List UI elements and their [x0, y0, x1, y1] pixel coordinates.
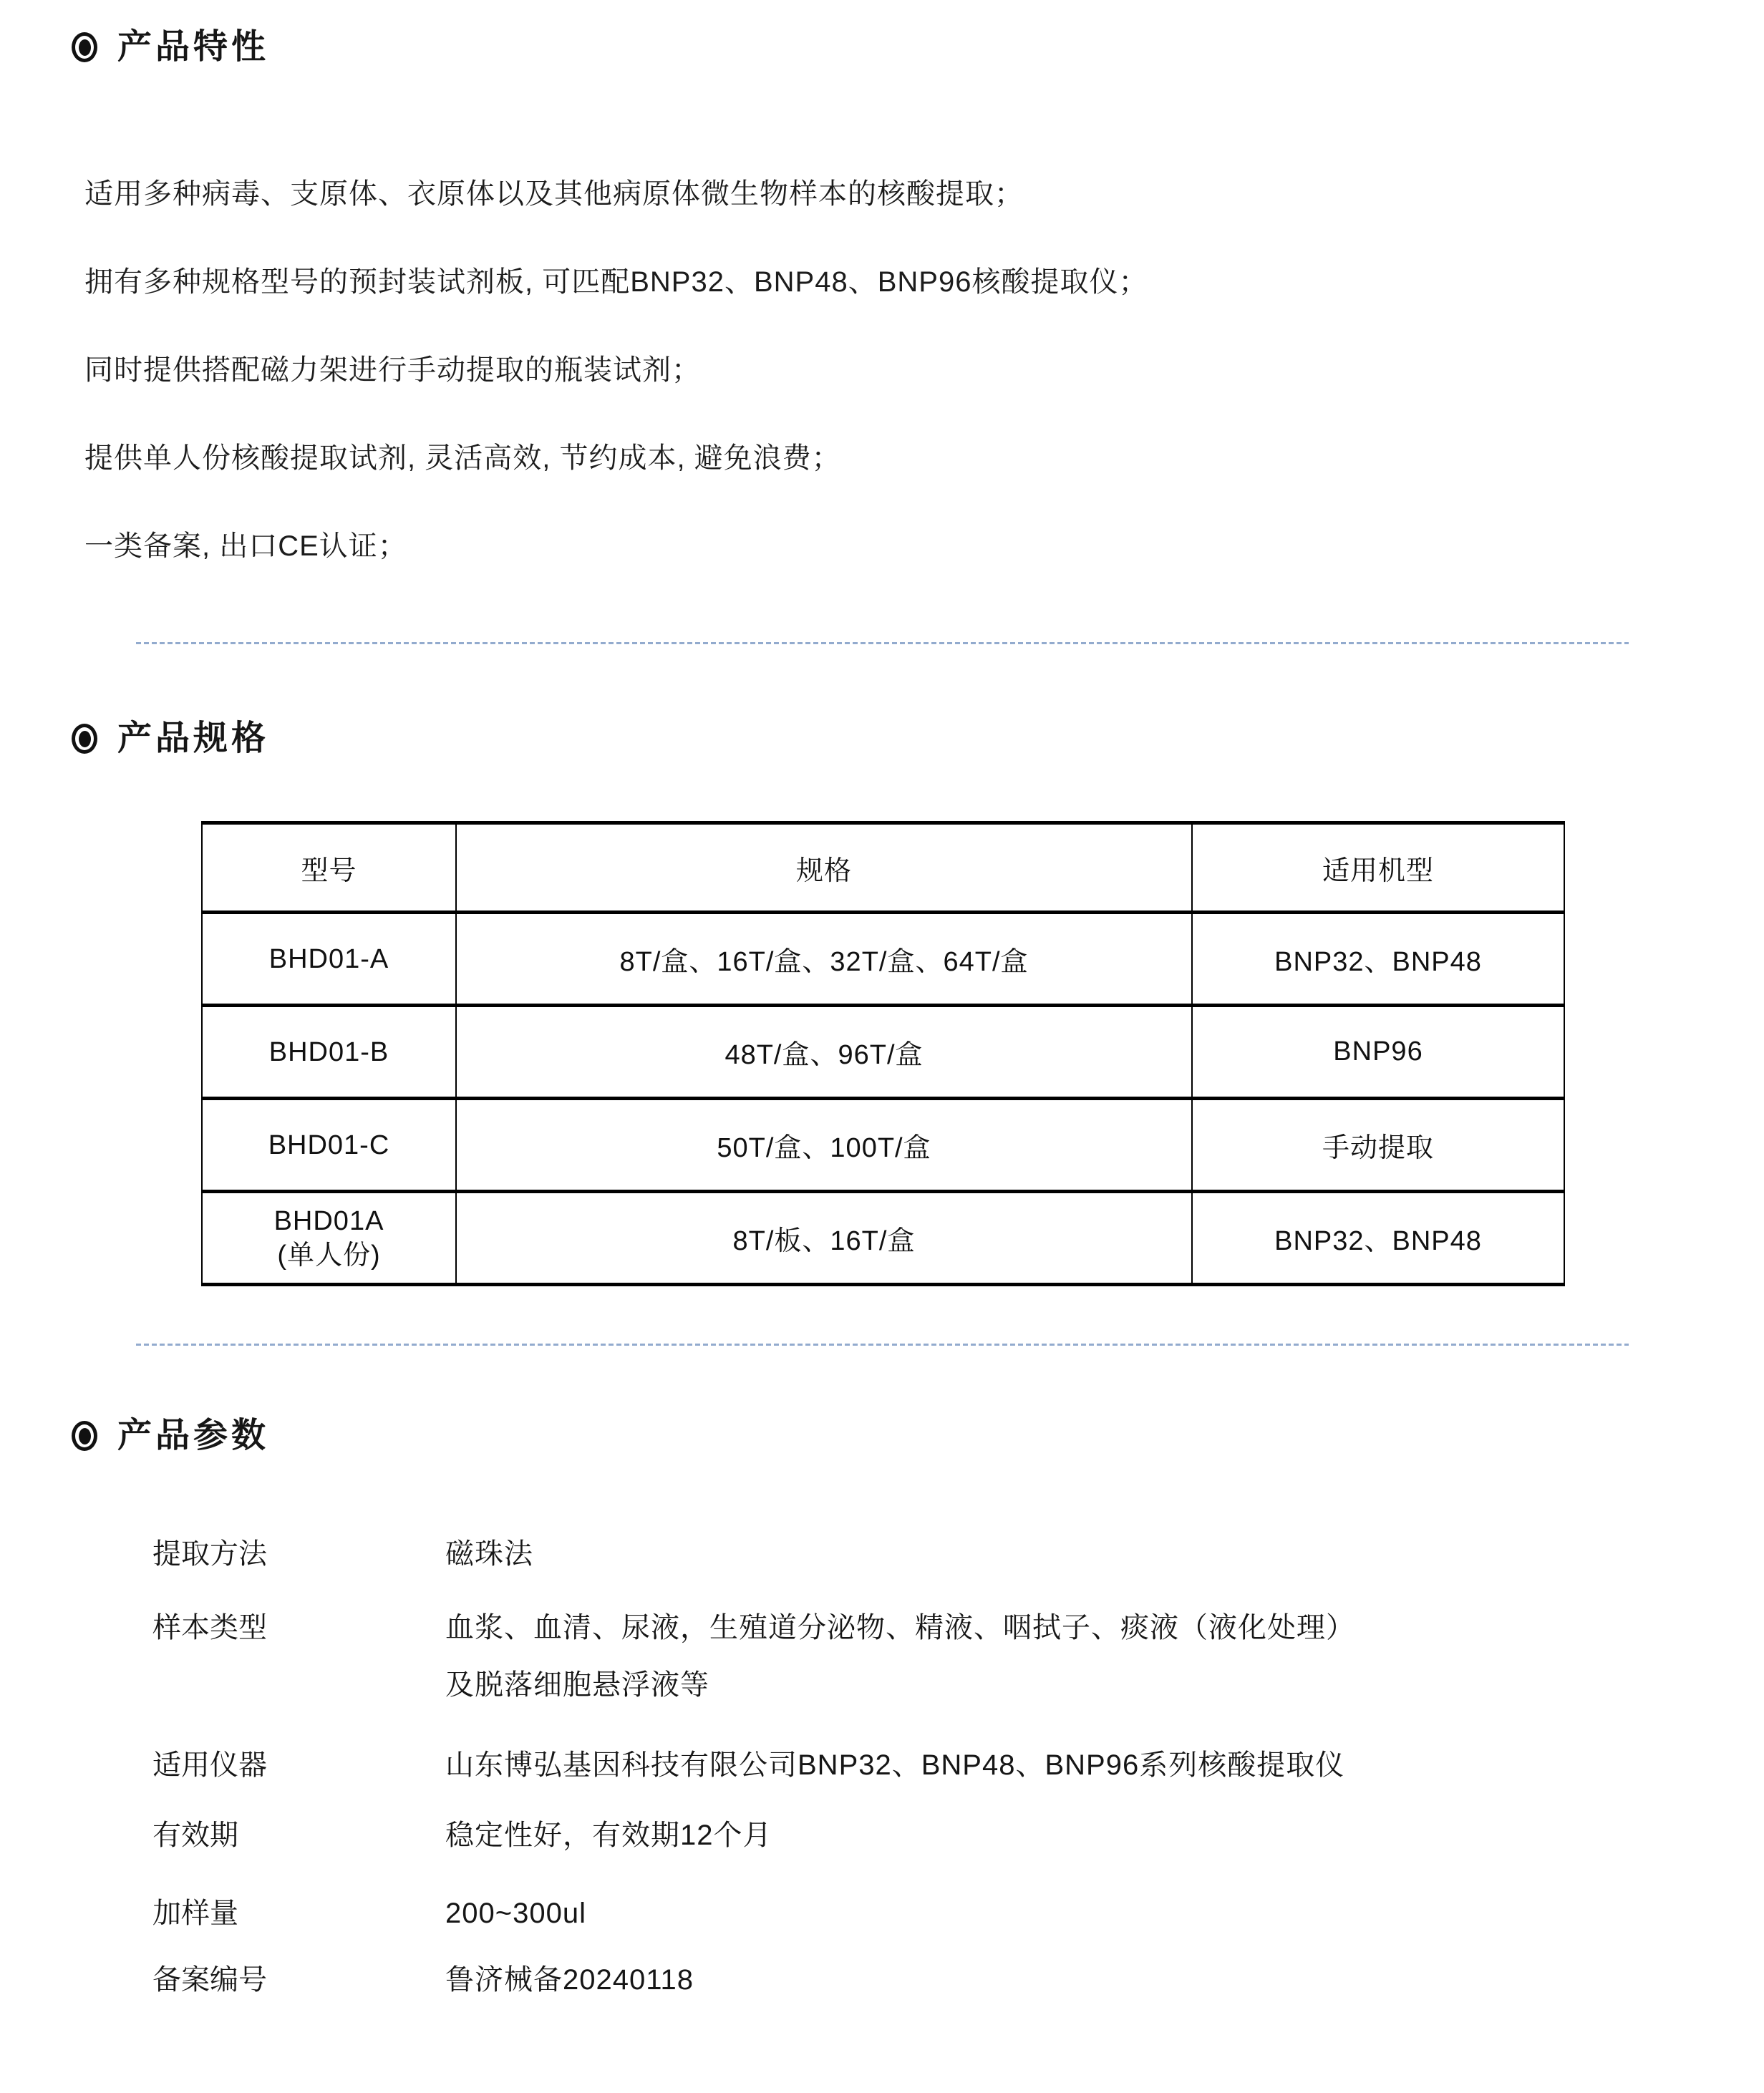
spec-table-header-row: 型号 规格 适用机型 [202, 823, 1564, 913]
param-label: 适用仪器 [152, 1737, 445, 1794]
cell-spec: 8T/板、16T/盒 [456, 1192, 1192, 1285]
fisheye-bullet-icon [72, 1421, 97, 1451]
params-section-heading: 产品参数 [72, 1414, 269, 1457]
fisheye-bullet-icon [72, 32, 97, 62]
cell-model: BHD01-A [202, 913, 456, 1006]
fisheye-bullet-dot [79, 731, 91, 747]
feature-item: 同时提供搭配磁力架进行手动提取的瓶装试剂； [84, 326, 1148, 414]
features-section-heading: 产品特性 [72, 26, 269, 69]
spec-col-header-spec: 规格 [456, 823, 1192, 913]
spec-table: 型号 规格 适用机型 BHD01-A 8T/盒、16T/盒、32T/盒、64T/… [201, 821, 1565, 1286]
param-value: 血浆、血清、尿液，生殖道分泌物、精液、咽拭子、痰液（液化处理） 及脱落细胞悬浮液… [445, 1599, 1355, 1714]
cell-spec: 48T/盒、96T/盒 [456, 1006, 1192, 1099]
param-row: 样本类型 血浆、血清、尿液，生殖道分泌物、精液、咽拭子、痰液（液化处理） 及脱落… [152, 1599, 1355, 1714]
product-detail-page: 产品特性 适用多种病毒、支原体、衣原体以及其他病原体微生物样本的核酸提取； 拥有… [0, 0, 1764, 2093]
param-label: 有效期 [152, 1807, 445, 1864]
param-label: 样本类型 [152, 1599, 445, 1656]
cell-spec: 50T/盒、100T/盒 [456, 1099, 1192, 1192]
param-label: 备案编号 [152, 1951, 445, 2009]
fisheye-bullet-dot [79, 1428, 91, 1444]
cell-model: BHD01-C [202, 1099, 456, 1192]
table-row: BHD01-A 8T/盒、16T/盒、32T/盒、64T/盒 BNP32、BNP… [202, 913, 1564, 1006]
spec-col-header-model: 型号 [202, 823, 456, 913]
param-row: 备案编号 鲁济械备20240118 [152, 1951, 694, 2009]
feature-item: 提供单人份核酸提取试剂, 灵活高效, 节约成本, 避免浪费； [84, 414, 1148, 502]
param-label: 提取方法 [152, 1525, 445, 1583]
feature-item: 适用多种病毒、支原体、衣原体以及其他病原体微生物样本的核酸提取； [84, 150, 1148, 238]
param-row: 加样量 200~300ul [152, 1885, 586, 1942]
param-value: 山东博弘基因科技有限公司BNP32、BNP48、BNP96系列核酸提取仪 [445, 1737, 1344, 1794]
specs-section-heading: 产品规格 [72, 717, 269, 760]
param-row: 提取方法 磁珠法 [152, 1525, 533, 1583]
cell-instrument: 手动提取 [1192, 1099, 1564, 1192]
cell-spec: 8T/盒、16T/盒、32T/盒、64T/盒 [456, 913, 1192, 1006]
params-heading-text: 产品参数 [117, 1414, 269, 1457]
spec-col-header-instrument: 适用机型 [1192, 823, 1564, 913]
cell-instrument: BNP96 [1192, 1006, 1564, 1099]
cell-instrument: BNP32、BNP48 [1192, 1192, 1564, 1285]
param-value: 200~300ul [445, 1885, 586, 1942]
features-heading-text: 产品特性 [117, 26, 269, 69]
param-value: 磁珠法 [445, 1525, 533, 1583]
section-divider [136, 642, 1629, 644]
table-row: BHD01-B 48T/盒、96T/盒 BNP96 [202, 1006, 1564, 1099]
param-value: 稳定性好，有效期12个月 [445, 1807, 772, 1864]
param-row: 有效期 稳定性好，有效期12个月 [152, 1807, 772, 1864]
param-label: 加样量 [152, 1885, 445, 1942]
cell-model: BHD01-B [202, 1006, 456, 1099]
table-row: BHD01A (单人份) 8T/板、16T/盒 BNP32、BNP48 [202, 1192, 1564, 1285]
fisheye-bullet-dot [79, 39, 91, 56]
param-row: 适用仪器 山东博弘基因科技有限公司BNP32、BNP48、BNP96系列核酸提取… [152, 1737, 1344, 1794]
specs-heading-text: 产品规格 [117, 717, 269, 760]
cell-instrument: BNP32、BNP48 [1192, 913, 1564, 1006]
table-row: BHD01-C 50T/盒、100T/盒 手动提取 [202, 1099, 1564, 1192]
section-divider [136, 1344, 1629, 1346]
features-list: 适用多种病毒、支原体、衣原体以及其他病原体微生物样本的核酸提取； 拥有多种规格型… [84, 150, 1148, 591]
feature-item: 拥有多种规格型号的预封装试剂板, 可匹配BNP32、BNP48、BNP96核酸提… [84, 238, 1148, 326]
cell-model: BHD01A (单人份) [202, 1192, 456, 1285]
feature-item: 一类备案, 出口CE认证； [84, 502, 1148, 591]
param-value: 鲁济械备20240118 [445, 1951, 694, 2009]
fisheye-bullet-icon [72, 724, 97, 754]
